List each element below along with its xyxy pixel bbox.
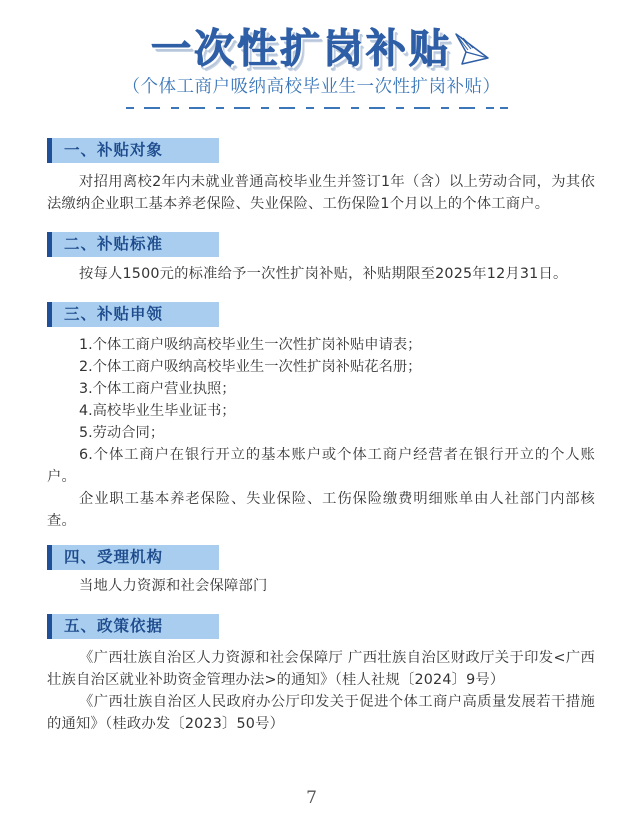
dashed-divider bbox=[126, 106, 508, 110]
list-item: 6.个体工商户在银行开立的基本账户或个体工商户经营者在银行开立的个人账户。 bbox=[47, 444, 595, 488]
page-title: 一次性扩岗补贴 bbox=[151, 24, 452, 74]
section-heading-subsidy-application: 三、补贴申领 bbox=[47, 302, 219, 327]
policy-reference: 《广西壮族自治区人民政府办公厅印发关于促进个体工商户高质量发展若干措施的通知》（… bbox=[47, 691, 595, 735]
page-title-container: 一次性扩岗补贴 bbox=[0, 24, 623, 74]
section-heading-subsidy-standard: 二、补贴标准 bbox=[47, 232, 219, 257]
list-item: 2.个体工商户吸纳高校毕业生一次性扩岗补贴花名册； bbox=[79, 356, 421, 378]
section-heading-text: 二、补贴标准 bbox=[64, 232, 163, 257]
page-subtitle: （个体工商户吸纳高校毕业生一次性扩岗补贴） bbox=[0, 74, 623, 100]
section-paragraph: 对招用离校2年内未就业普通高校毕业生并签订1年（含）以上劳动合同，为其依法缴纳企… bbox=[47, 171, 595, 215]
section-paragraph: 按每人1500元的标准给予一次性扩岗补贴，补贴期限至2025年12月31日。 bbox=[47, 263, 595, 285]
page-number: 7 bbox=[0, 788, 623, 808]
section-heading-text: 五、政策依据 bbox=[64, 614, 163, 639]
section-heading-handling-agency: 四、受理机构 bbox=[47, 545, 219, 570]
section-heading-subsidy-target: 一、补贴对象 bbox=[47, 138, 219, 163]
list-item: 4.高校毕业生毕业证书； bbox=[79, 400, 236, 422]
list-item: 5.劳动合同； bbox=[79, 422, 164, 444]
paper-plane-icon bbox=[452, 32, 492, 66]
section-heading-text: 三、补贴申领 bbox=[64, 302, 163, 327]
section-heading-text: 四、受理机构 bbox=[64, 545, 163, 570]
section-heading-policy-basis: 五、政策依据 bbox=[47, 614, 219, 639]
section-heading-text: 一、补贴对象 bbox=[64, 138, 163, 163]
list-item: 1.个体工商户吸纳高校毕业生一次性扩岗补贴申请表； bbox=[79, 334, 421, 356]
section-paragraph: 企业职工基本养老保险、失业保险、工伤保险缴费明细账单由人社部门内部核查。 bbox=[47, 488, 595, 532]
section-paragraph: 当地人力资源和社会保障部门 bbox=[47, 575, 595, 597]
list-item: 3.个体工商户营业执照； bbox=[79, 378, 236, 400]
policy-reference: 《广西壮族自治区人力资源和社会保障厅 广西壮族自治区财政厅关于印发<广西壮族自治… bbox=[47, 647, 595, 691]
